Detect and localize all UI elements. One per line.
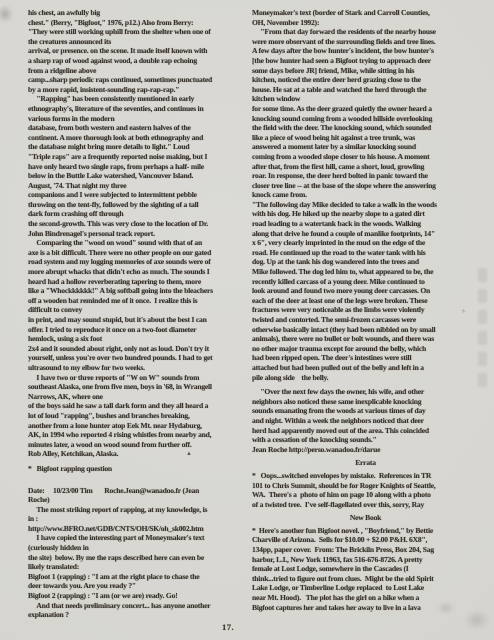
scan-smudge-artifact	[0, 5, 13, 23]
right-column: Moneymaker's text (border of Stark and C…	[252, 8, 479, 612]
paragraph-new-book-review: * Here's another fun Bigfoot novel. , "B…	[252, 526, 479, 612]
paragraph-striking-report: The most striking report of rapping, at …	[28, 505, 242, 534]
scanned-newsletter-page: his chest, an awfully big chest." (Berry…	[0, 0, 494, 640]
date-line: Date: 10/23/00 Tim Roche.Jean@wanadoo.fr…	[28, 486, 242, 505]
topic-line-rapping-question: * Bigfoot rapping question	[28, 464, 242, 474]
scan-blotch-artifact	[438, 602, 454, 614]
paragraph-rapping-ethnography: "Rapping" has been consistently mentione…	[28, 94, 242, 238]
page-bleedthrough-artifact	[478, 268, 491, 468]
paragraph-preliminary-concert: And that needs preliminary concert... ha…	[28, 601, 242, 620]
paragraph-deer-herd-knocking: "From that day forward the residents of …	[252, 27, 479, 200]
paragraph-wood-on-wood: Comparing the "wood on wood" sound with …	[28, 238, 242, 372]
paragraph-raps-translated: I have copied the interesting part of Mo…	[28, 533, 242, 600]
paragraph-mike-walk-carcasses: "The following day Mike decided to take …	[252, 200, 479, 382]
section-heading-new-book: New Book	[252, 513, 479, 523]
paragraph-moneymaker-intro: Moneymaker's text (border of Stark and C…	[252, 8, 479, 27]
stray-ink-mark: ▲	[186, 451, 192, 457]
left-column: his chest, an awfully big chest." (Berry…	[28, 8, 242, 632]
paragraph-knocking-cessation: "Over the next few days the owner, his w…	[252, 387, 479, 454]
paragraph-alaska-reports: I have two or three reports of "W on W" …	[28, 373, 242, 459]
paragraph-berry-quote: his chest, an awfully big chest." (Berry…	[28, 8, 242, 94]
section-heading-errata: Errata	[252, 458, 479, 468]
page-number: 17.	[28, 623, 242, 633]
scan-blotch-artifact	[464, 610, 490, 630]
paragraph-errata-note: * Oops...switched envelopes by mistake. …	[252, 471, 479, 509]
